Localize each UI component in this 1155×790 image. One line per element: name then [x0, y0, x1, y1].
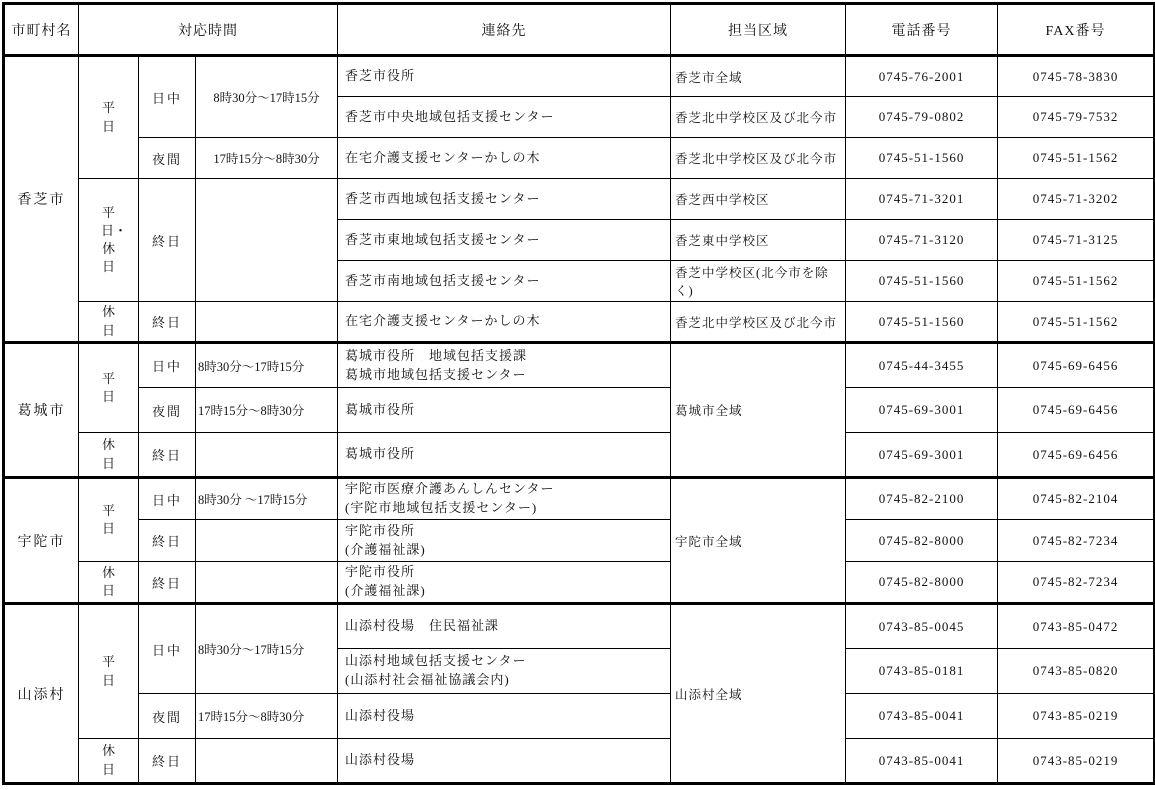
time-cell: 8時30分〜17時15分: [196, 56, 338, 138]
phone-cell: 0745-44-3455: [846, 343, 998, 388]
phone-cell: 0745-69-3001: [846, 433, 998, 478]
contact-table: 市町村名 対応時間 連絡先 担当区域 電話番号 FAX番号 香芝市 平日 日中 …: [2, 2, 1155, 785]
fax-cell: 0743-85-0219: [998, 694, 1155, 739]
table-row: 平日・休日 終日 香芝市西地域包括支援センター 香芝西中学校区 0745-71-…: [4, 179, 1155, 220]
group-uda: 宇陀市 平日 日中 8時30分 〜17時15分 宇陀市医療介護あんしんセンター …: [4, 478, 1155, 604]
phone-cell: 0745-71-3120: [846, 220, 998, 261]
municipality-cell: 宇陀市: [4, 478, 79, 604]
header-hours: 対応時間: [79, 4, 338, 56]
time-cell: [196, 302, 338, 343]
fax-cell: 0745-51-1562: [998, 261, 1155, 302]
period-cell: 夜間: [139, 388, 196, 433]
day-label: 平日・休日: [101, 204, 116, 277]
phone-cell: 0745-76-2001: [846, 56, 998, 97]
contact-cell: 葛城市役所 地域包括支援課 葛城市地域包括支援センター: [338, 343, 671, 388]
contact-cell: 山添村役場 住民福祉課: [338, 604, 671, 649]
header-area: 担当区域: [671, 4, 846, 56]
time-cell: 8時30分 〜17時15分: [196, 478, 338, 520]
table-row: 終日 宇陀市役所 (介護福祉課) 0745-82-8000 0745-82-72…: [4, 520, 1155, 562]
fax-cell: 0745-79-7532: [998, 97, 1155, 138]
municipality-cell: 山添村: [4, 604, 79, 784]
phone-cell: 0743-85-0041: [846, 694, 998, 739]
period-cell: 日中: [139, 56, 196, 138]
fax-cell: 0745-71-3125: [998, 220, 1155, 261]
period-cell: 終日: [139, 179, 196, 302]
table-header: 市町村名 対応時間 連絡先 担当区域 電話番号 FAX番号: [4, 4, 1155, 56]
period-cell: 日中: [139, 478, 196, 520]
fax-cell: 0745-78-3830: [998, 56, 1155, 97]
area-cell: 香芝市全域: [671, 56, 846, 97]
fax-cell: 0745-69-6456: [998, 433, 1155, 478]
group-yamazoe: 山添村 平日 日中 8時30分〜17時15分 山添村役場 住民福祉課 山添村全域…: [4, 604, 1155, 784]
area-cell: 香芝北中学校区及び北今市: [671, 302, 846, 343]
contact-cell: 在宅介護支援センターかしの木: [338, 138, 671, 179]
phone-cell: 0745-79-0802: [846, 97, 998, 138]
table-row: 香芝市 平日 日中 8時30分〜17時15分 香芝市役所 香芝市全域 0745-…: [4, 56, 1155, 97]
time-cell: [196, 562, 338, 604]
contact-cell: 葛城市役所: [338, 388, 671, 433]
group-katsuragi: 葛城市 平日 日中 8時30分〜17時15分 葛城市役所 地域包括支援課 葛城市…: [4, 343, 1155, 478]
phone-cell: 0745-71-3201: [846, 179, 998, 220]
fax-cell: 0743-85-0472: [998, 604, 1155, 649]
municipality-cell: 香芝市: [4, 56, 79, 343]
day-cell: 平日: [79, 604, 139, 739]
document: 市町村名 対応時間 連絡先 担当区域 電話番号 FAX番号 香芝市 平日 日中 …: [0, 0, 1155, 790]
time-cell: [196, 520, 338, 562]
area-cell: 葛城市全域: [671, 343, 846, 478]
area-cell: 香芝西中学校区: [671, 179, 846, 220]
header-municipality: 市町村名: [4, 4, 79, 56]
day-label: 休日: [101, 742, 116, 778]
area-cell: 宇陀市全域: [671, 478, 846, 604]
period-cell: 夜間: [139, 694, 196, 739]
phone-cell: 0743-85-0045: [846, 604, 998, 649]
area-cell: 香芝北中学校区及び北今市: [671, 97, 846, 138]
contact-cell: 宇陀市役所 (介護福祉課): [338, 520, 671, 562]
phone-cell: 0745-51-1560: [846, 138, 998, 179]
contact-cell: 香芝市東地域包括支援センター: [338, 220, 671, 261]
phone-cell: 0743-85-0041: [846, 739, 998, 784]
time-cell: [196, 433, 338, 478]
day-cell: 平日・休日: [79, 179, 139, 302]
fax-cell: 0745-69-6456: [998, 343, 1155, 388]
contact-cell: 山添村地域包括支援センター (山添村社会福祉協議会内): [338, 649, 671, 694]
period-cell: 終日: [139, 739, 196, 784]
contact-cell: 香芝市西地域包括支援センター: [338, 179, 671, 220]
fax-cell: 0745-51-1562: [998, 138, 1155, 179]
contact-cell: 香芝市南地域包括支援センター: [338, 261, 671, 302]
day-label: 平日: [101, 370, 116, 406]
time-cell: 8時30分〜17時15分: [196, 343, 338, 388]
area-cell: 山添村全域: [671, 604, 846, 784]
contact-cell: 香芝市役所: [338, 56, 671, 97]
area-cell: 香芝東中学校区: [671, 220, 846, 261]
table-row: 夜間 17時15分〜8時30分 葛城市役所 0745-69-3001 0745-…: [4, 388, 1155, 433]
group-kashiba: 香芝市 平日 日中 8時30分〜17時15分 香芝市役所 香芝市全域 0745-…: [4, 56, 1155, 343]
fax-cell: 0745-82-7234: [998, 562, 1155, 604]
table-row: 休日 終日 山添村役場 0743-85-0041 0743-85-0219: [4, 739, 1155, 784]
period-cell: 終日: [139, 433, 196, 478]
table-row: 夜間 17時15分〜8時30分 在宅介護支援センターかしの木 香芝北中学校区及び…: [4, 138, 1155, 179]
contact-cell: 葛城市役所: [338, 433, 671, 478]
contact-cell: 香芝市中央地域包括支援センター: [338, 97, 671, 138]
fax-cell: 0745-82-2104: [998, 478, 1155, 520]
day-cell: 休日: [79, 562, 139, 604]
table-row: 宇陀市 平日 日中 8時30分 〜17時15分 宇陀市医療介護あんしんセンター …: [4, 478, 1155, 520]
table-row: 葛城市 平日 日中 8時30分〜17時15分 葛城市役所 地域包括支援課 葛城市…: [4, 343, 1155, 388]
table-row: 夜間 17時15分〜8時30分 山添村役場 0743-85-0041 0743-…: [4, 694, 1155, 739]
fax-cell: 0745-71-3202: [998, 179, 1155, 220]
contact-cell: 宇陀市医療介護あんしんセンター (宇陀市地域包括支援センター): [338, 478, 671, 520]
day-label: 休日: [101, 564, 116, 600]
phone-cell: 0745-51-1560: [846, 302, 998, 343]
period-cell: 日中: [139, 604, 196, 694]
day-cell: 休日: [79, 302, 139, 343]
time-cell: 17時15分〜8時30分: [196, 694, 338, 739]
area-cell: 香芝北中学校区及び北今市: [671, 138, 846, 179]
day-label: 平日: [101, 502, 116, 538]
phone-cell: 0745-69-3001: [846, 388, 998, 433]
day-label: 休日: [101, 436, 116, 472]
fax-cell: 0743-85-0219: [998, 739, 1155, 784]
day-label: 平日: [101, 99, 116, 135]
time-cell: 17時15分〜8時30分: [196, 138, 338, 179]
table-row: 休日 終日 宇陀市役所 (介護福祉課) 0745-82-8000 0745-82…: [4, 562, 1155, 604]
period-cell: 終日: [139, 302, 196, 343]
time-cell: 8時30分〜17時15分: [196, 604, 338, 694]
phone-cell: 0745-51-1560: [846, 261, 998, 302]
day-label: 休日: [101, 303, 116, 339]
day-cell: 休日: [79, 739, 139, 784]
table-row: 休日 終日 葛城市役所 0745-69-3001 0745-69-6456: [4, 433, 1155, 478]
contact-cell: 山添村役場: [338, 739, 671, 784]
time-cell: [196, 179, 338, 302]
phone-cell: 0745-82-8000: [846, 520, 998, 562]
contact-cell: 宇陀市役所 (介護福祉課): [338, 562, 671, 604]
day-cell: 平日: [79, 56, 139, 179]
phone-cell: 0745-82-2100: [846, 478, 998, 520]
day-cell: 平日: [79, 478, 139, 562]
fax-cell: 0745-51-1562: [998, 302, 1155, 343]
day-cell: 平日: [79, 343, 139, 433]
table-row: 山添村 平日 日中 8時30分〜17時15分 山添村役場 住民福祉課 山添村全域…: [4, 604, 1155, 649]
day-cell: 休日: [79, 433, 139, 478]
header-phone: 電話番号: [846, 4, 998, 56]
phone-cell: 0745-82-8000: [846, 562, 998, 604]
table-row: 休日 終日 在宅介護支援センターかしの木 香芝北中学校区及び北今市 0745-5…: [4, 302, 1155, 343]
period-cell: 終日: [139, 562, 196, 604]
header-contact: 連絡先: [338, 4, 671, 56]
phone-cell: 0743-85-0181: [846, 649, 998, 694]
time-cell: 17時15分〜8時30分: [196, 388, 338, 433]
contact-cell: 山添村役場: [338, 694, 671, 739]
contact-cell: 在宅介護支援センターかしの木: [338, 302, 671, 343]
fax-cell: 0745-82-7234: [998, 520, 1155, 562]
period-cell: 夜間: [139, 138, 196, 179]
day-label: 平日: [101, 653, 116, 689]
fax-cell: 0743-85-0820: [998, 649, 1155, 694]
period-cell: 日中: [139, 343, 196, 388]
time-cell: [196, 739, 338, 784]
municipality-cell: 葛城市: [4, 343, 79, 478]
area-cell: 香芝中学校区(北今市を除く): [671, 261, 846, 302]
fax-cell: 0745-69-6456: [998, 388, 1155, 433]
header-fax: FAX番号: [998, 4, 1155, 56]
period-cell: 終日: [139, 520, 196, 562]
